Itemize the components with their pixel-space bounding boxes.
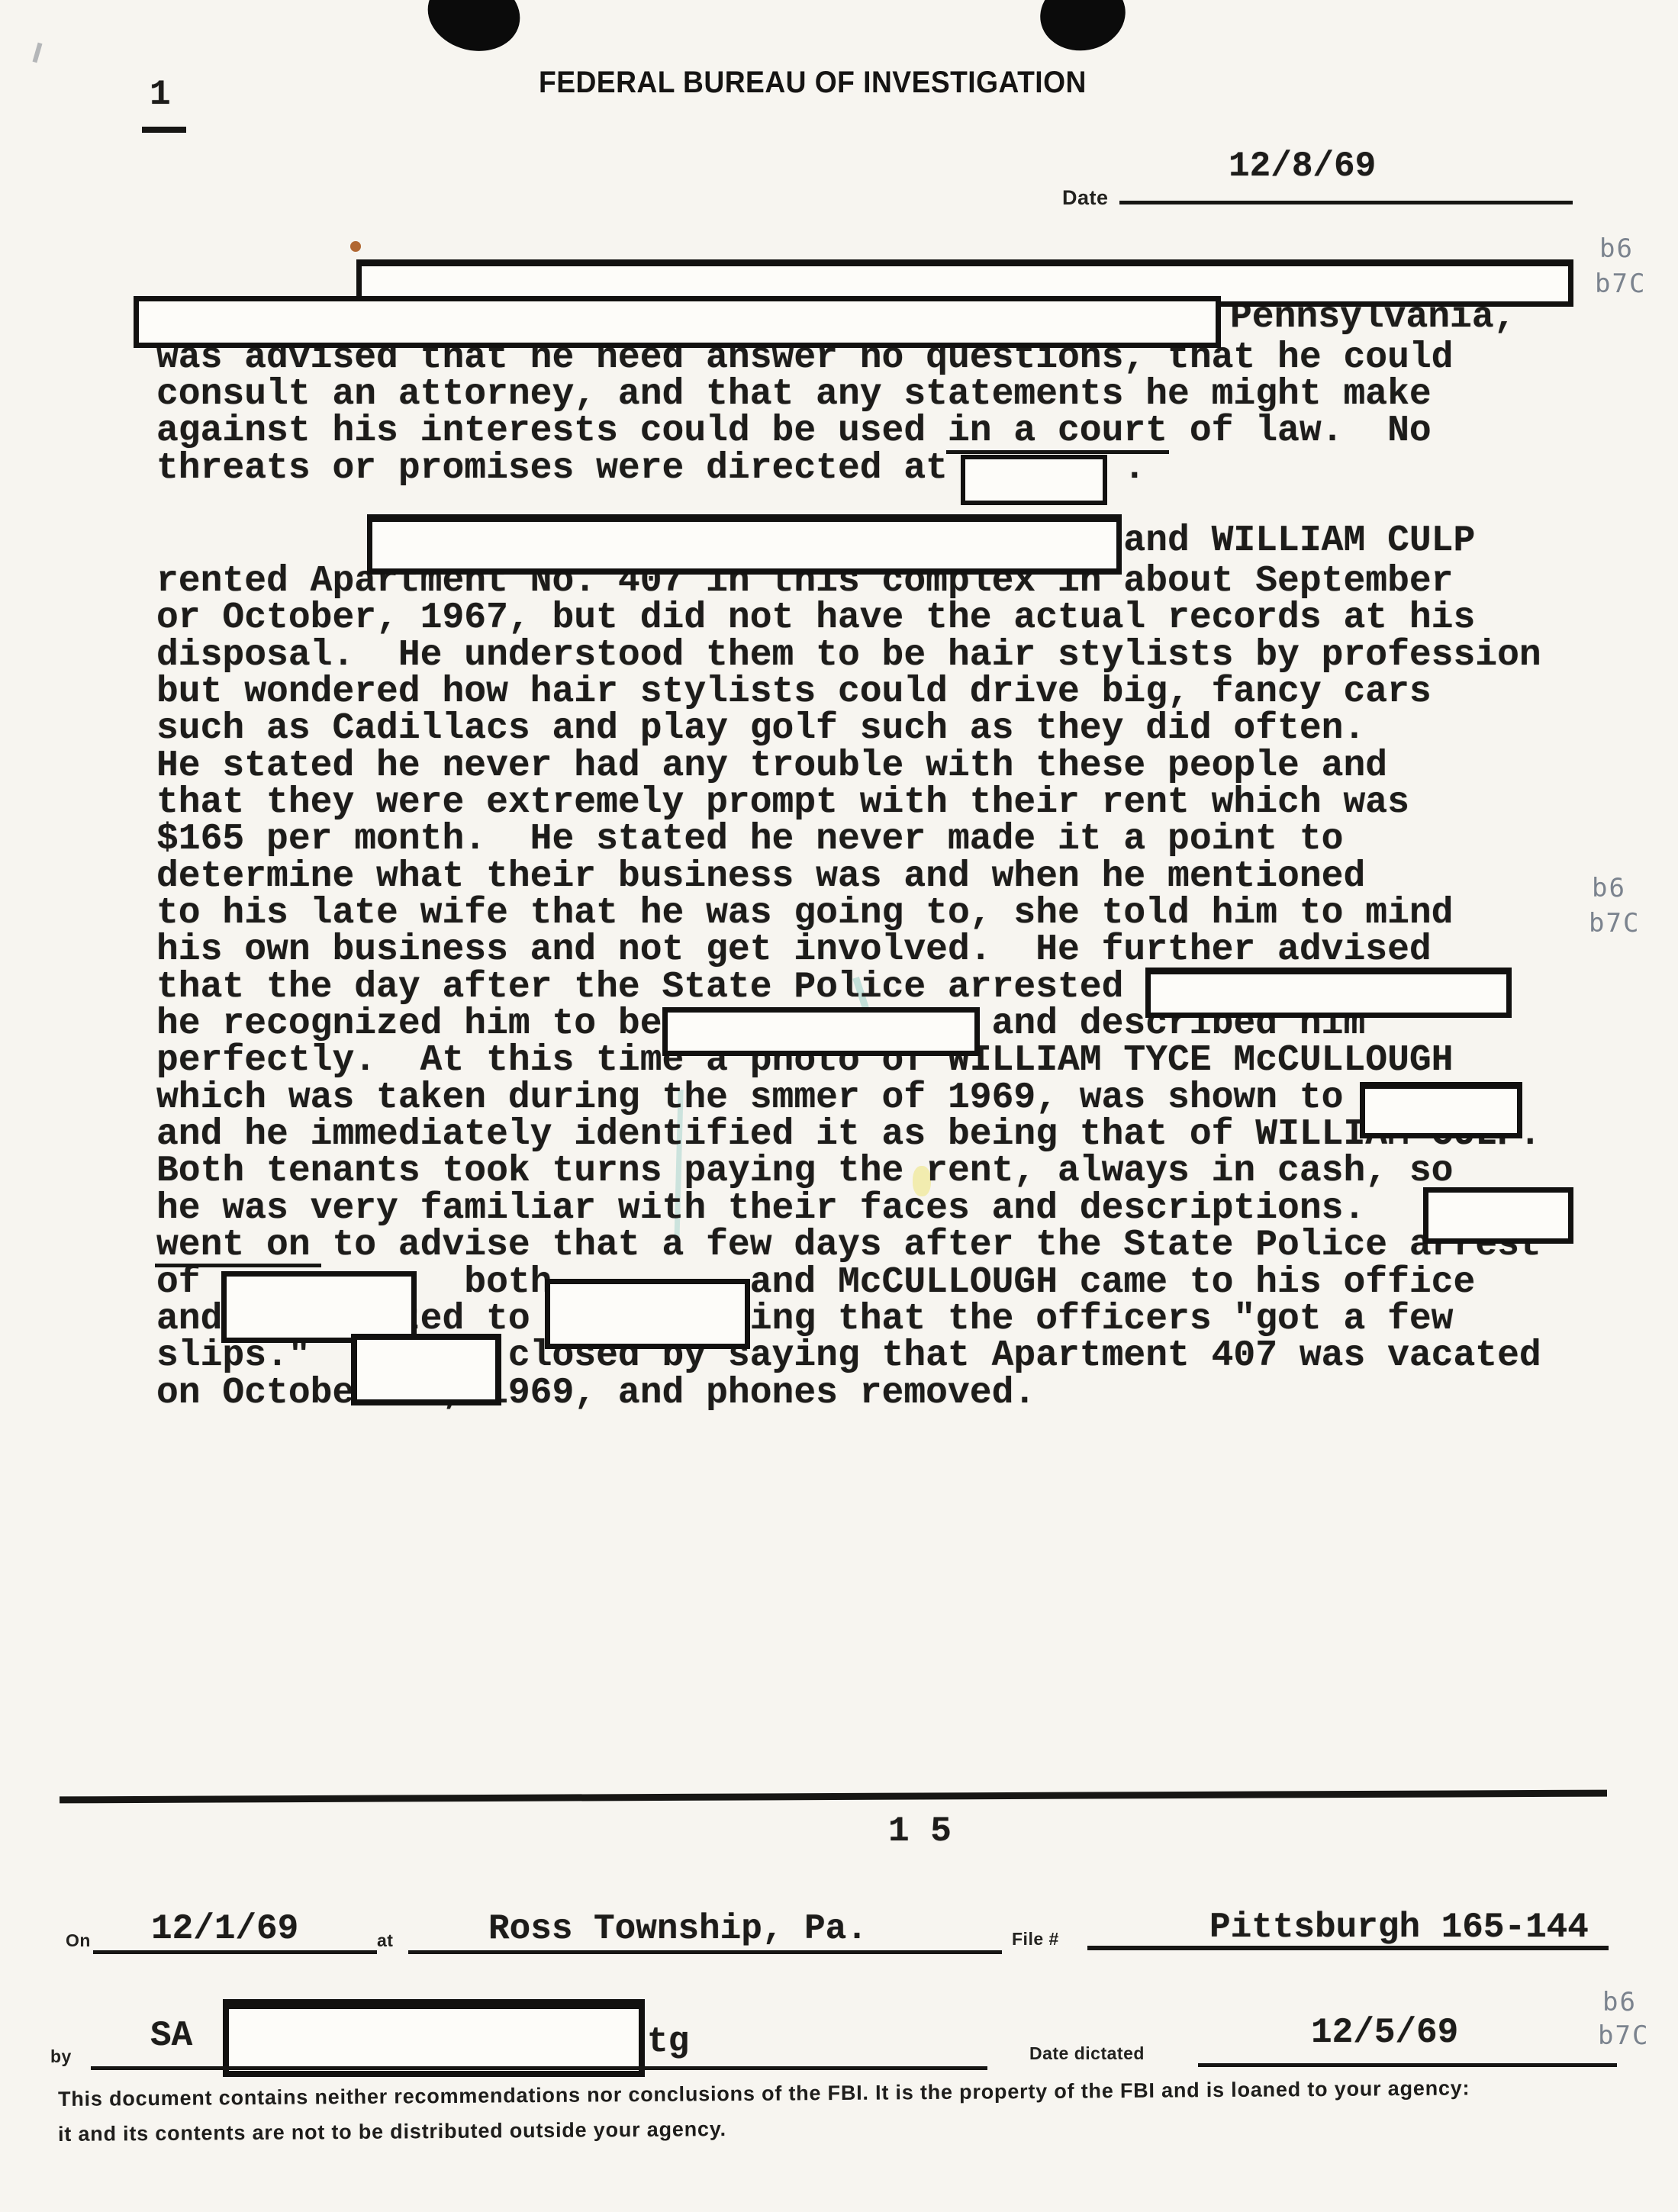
body-line: went on to advise that a few days after …	[156, 1227, 1541, 1264]
on-value: 12/1/69	[151, 1909, 298, 1949]
body-line: his own business and not get involved. H…	[156, 932, 1432, 968]
redaction-box	[351, 1334, 501, 1405]
at-underline	[408, 1950, 1002, 1954]
on-underline	[93, 1950, 377, 1954]
typist-initials: tg	[647, 2022, 689, 2062]
body-line: but wondered how hair stylists could dri…	[156, 674, 1432, 710]
hole-punch-left	[420, 0, 528, 60]
date-value: 12/8/69	[1229, 147, 1376, 186]
classification-note-b7c-bottom: b7C	[1598, 2020, 1649, 2051]
file-underline	[1087, 1946, 1609, 1950]
body-line: that the day after the State Police arre…	[156, 969, 1123, 1006]
classification-note-b6-middle: b6	[1592, 873, 1626, 903]
file-value: Pittsburgh 165-144	[1209, 1908, 1589, 1947]
redaction-box	[961, 455, 1107, 505]
classification-note-b6-top: b6	[1599, 233, 1634, 264]
page-number-bottom: 1 5	[888, 1811, 952, 1851]
disclaimer-line-2: it and its contents are not to be distri…	[58, 2117, 726, 2146]
classification-note-b7c-top: b7C	[1595, 269, 1646, 299]
body-line: that they were extremely prompt with the…	[156, 784, 1409, 821]
body-line: Both tenants took turns paying the rent,…	[156, 1153, 1453, 1190]
at-value: Ross Township, Pa.	[488, 1909, 868, 1949]
body-line: against his interests could be used in a…	[156, 413, 1432, 449]
file-label: File #	[1012, 1929, 1059, 1950]
body-line: on October 31, 1969, and phones removed.	[156, 1375, 1035, 1412]
fbi-header-title: FEDERAL BUREAU OF INVESTIGATION	[539, 66, 1087, 100]
body-line: determine what their business was and wh…	[156, 858, 1365, 895]
underline-went-on	[155, 1264, 321, 1267]
body-line: and he immediately identified it as bein…	[156, 1116, 1541, 1153]
classification-note-b7c-middle: b7C	[1589, 908, 1640, 939]
redaction-box	[223, 1999, 645, 2077]
body-line: disposal. He understood them to be hair …	[156, 637, 1541, 674]
body-line: such as Cadillacs and play golf such as …	[156, 710, 1365, 747]
page-number-top-underline	[142, 127, 186, 133]
redaction-box	[662, 1007, 980, 1056]
scan-speck-orange-dot	[350, 241, 361, 252]
redaction-box	[1145, 968, 1512, 1018]
redaction-box	[1423, 1187, 1573, 1244]
disclaimer-line-1: This document contains neither recommend…	[58, 2076, 1470, 2111]
body-line: or October, 1967, but did not have the a…	[156, 600, 1475, 636]
page-number-top: 1	[150, 75, 171, 114]
body-line: to his late wife that he was going to, s…	[156, 895, 1453, 932]
scan-speck-tick	[33, 43, 43, 63]
body-line: $165 per month. He stated he never made …	[156, 821, 1343, 858]
redaction-box	[545, 1279, 750, 1349]
at-label: at	[377, 1930, 393, 1951]
redaction-box	[134, 296, 1221, 348]
date-dictated-underline	[1198, 2063, 1617, 2067]
document-page: 1 FEDERAL BUREAU OF INVESTIGATION Date 1…	[0, 0, 1678, 2212]
body-line: which was taken during the smmer of 1969…	[156, 1080, 1343, 1116]
by-underline	[91, 2066, 987, 2070]
by-label: by	[50, 2046, 72, 2067]
body-line: He stated he never had any trouble with …	[156, 748, 1387, 784]
redaction-box	[221, 1271, 417, 1343]
separator-rule	[60, 1790, 1607, 1804]
date-dictated-value: 12/5/69	[1311, 2013, 1458, 2053]
classification-note-b6-bottom: b6	[1602, 1987, 1637, 2017]
sa-value: SA	[150, 2016, 192, 2056]
on-label: On	[66, 1930, 91, 1951]
redaction-box	[1360, 1082, 1522, 1138]
redaction-box	[367, 514, 1122, 575]
hole-punch-right	[1035, 0, 1132, 57]
body-line: he was very familiar with their faces an…	[156, 1190, 1365, 1227]
body-line: consult an attorney, and that any statem…	[156, 376, 1432, 413]
date-label: Date	[1062, 186, 1109, 210]
date-dictated-label: Date dictated	[1029, 2043, 1145, 2064]
underline-in-a-court	[946, 450, 1169, 454]
date-underline	[1119, 201, 1573, 204]
